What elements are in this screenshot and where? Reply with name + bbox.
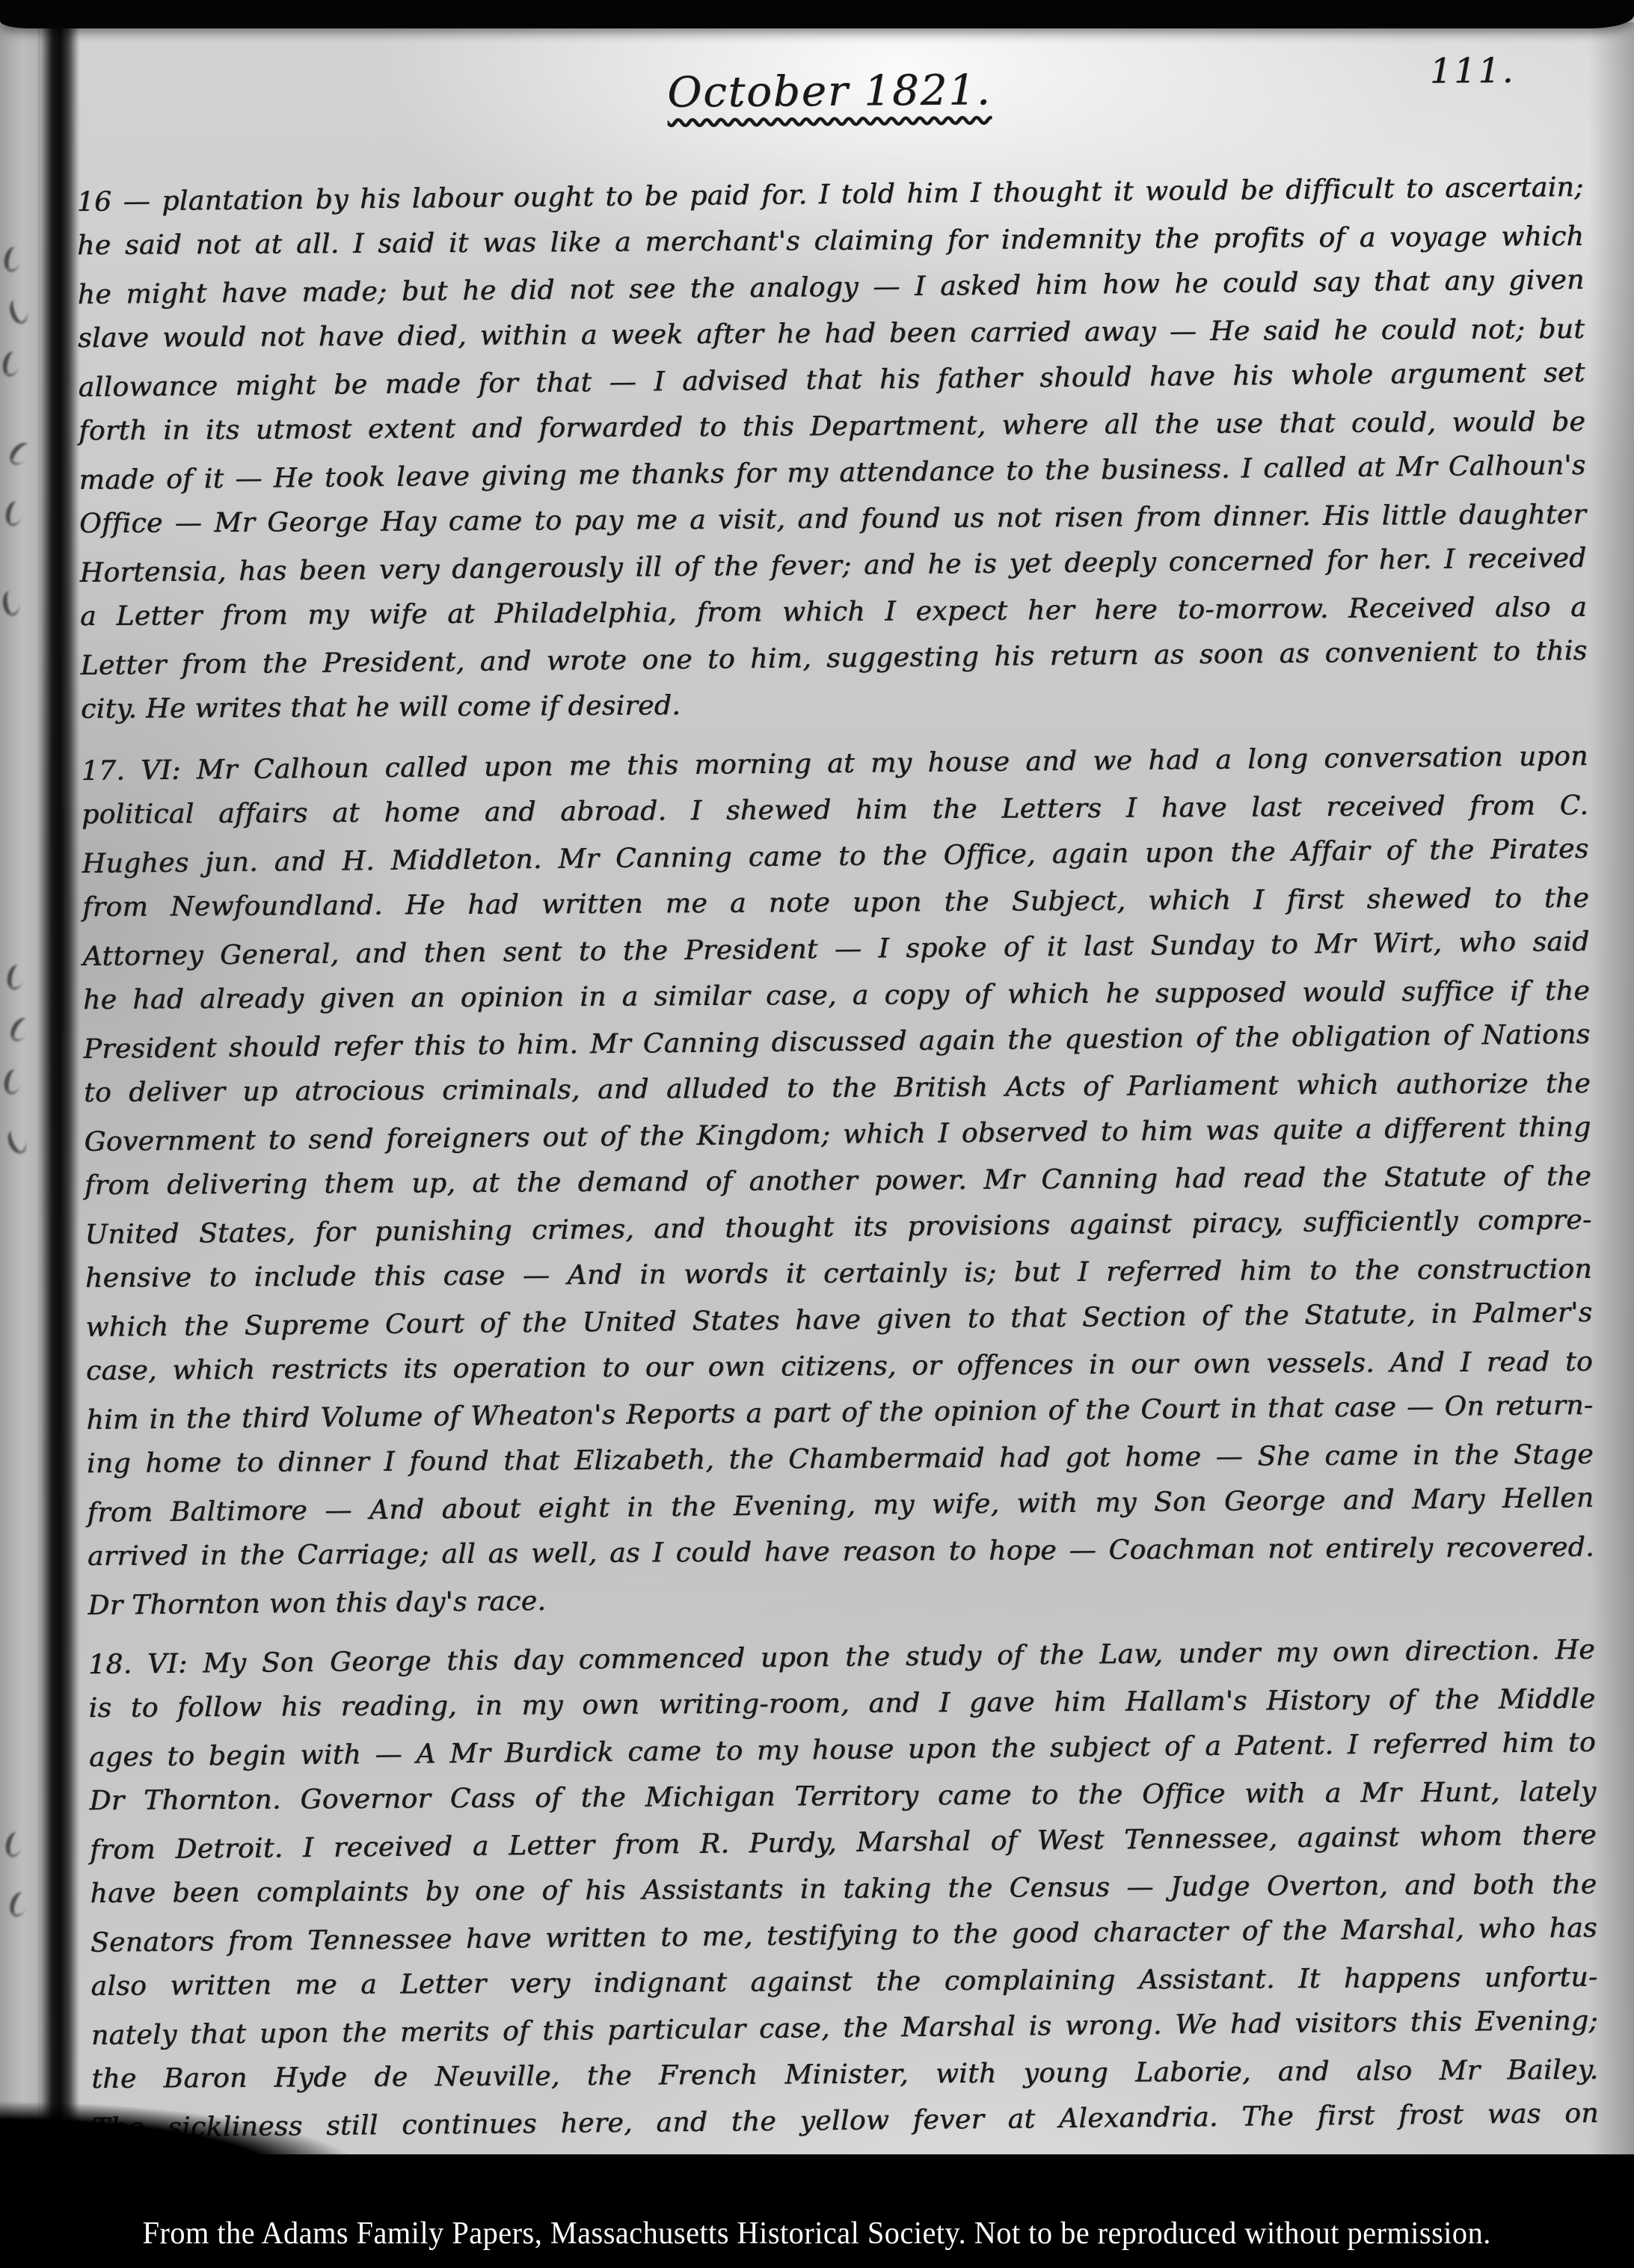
ink-fragment [4, 1127, 30, 1157]
ink-fragment [6, 439, 35, 469]
ink-fragment [4, 500, 25, 528]
manuscript-page: October 1821. 111. 16 — plantation by hi… [76, 25, 1599, 2154]
ink-fragment [7, 1015, 34, 1045]
ink-fragment [7, 1890, 30, 1919]
page-number: 111. [1430, 50, 1516, 91]
credit-line: From the Adams Family Papers, Massachuse… [143, 2216, 1491, 2252]
manuscript-scan: October 1821. 111. 16 — plantation by hi… [0, 0, 1634, 2268]
binding-gutter [37, 18, 79, 2163]
ink-fragment [5, 963, 27, 992]
date-heading: October 1821. [76, 61, 1582, 122]
ink-fragment [1, 350, 22, 378]
diary-entry-october-18: 18. VI: My Son George this day commenced… [88, 1629, 1599, 2151]
adjacent-page-edge [0, 22, 40, 2156]
diary-entry-october-16-continued: 16 — plantation by his labour ought to b… [76, 166, 1588, 734]
ink-fragment [4, 1831, 25, 1859]
manuscript-line: city. He writes that he will come if des… [81, 677, 1588, 733]
ink-fragment [2, 1068, 24, 1096]
diary-entry-october-17: 17. VI: Mr Calhoun called upon me this m… [81, 735, 1594, 1628]
ink-fragment [2, 245, 24, 274]
page-header: October 1821. 111. [76, 25, 1583, 178]
scan-bottom-border: From the Adams Family Papers, Massachuse… [0, 2154, 1634, 2268]
ink-fragment [7, 297, 31, 326]
ink-fragment [1, 590, 22, 618]
scan-top-border [0, 0, 1634, 28]
entries: 16 — plantation by his labour ought to b… [76, 166, 1599, 2151]
